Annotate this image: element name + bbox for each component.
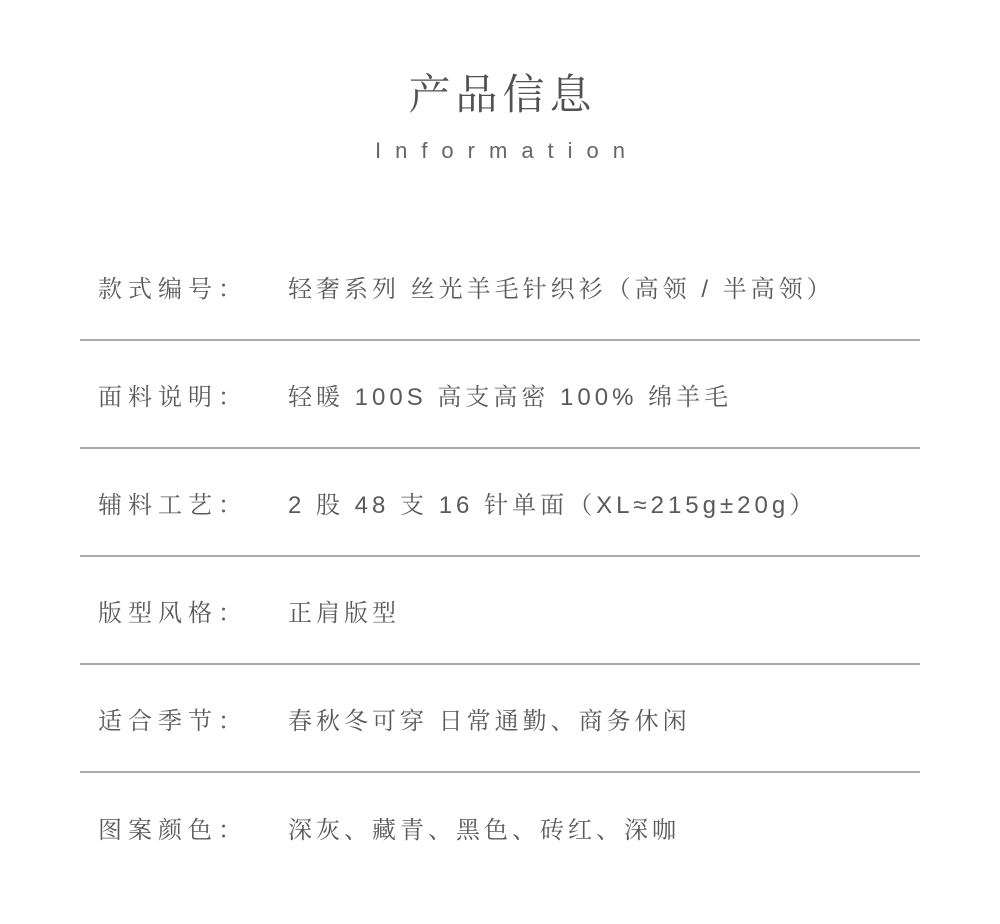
row-value: 2 股 48 支 16 针单面（XL≈215g±20g）: [288, 485, 817, 520]
row-label: 适合季节：: [98, 701, 288, 736]
info-table: 款式编号： 轻奢系列 丝光羊毛针织衫（高领 / 半高领） 面料说明： 轻暖 10…: [80, 233, 920, 881]
row-label: 版型风格：: [98, 593, 288, 628]
row-value: 春秋冬可穿 日常通勤、商务休闲: [288, 701, 691, 736]
info-row-colors: 图案颜色： 深灰、藏青、黑色、砖红、深咖: [80, 773, 920, 881]
row-label: 款式编号：: [98, 269, 288, 304]
row-value: 轻暖 100S 高支高密 100% 绵羊毛: [288, 377, 732, 412]
row-value: 深灰、藏青、黑色、砖红、深咖: [288, 810, 680, 845]
page-title: 产品信息: [0, 74, 1000, 116]
info-row-season: 适合季节： 春秋冬可穿 日常通勤、商务休闲: [80, 665, 920, 773]
info-row-craft: 辅料工艺： 2 股 48 支 16 针单面（XL≈215g±20g）: [80, 449, 920, 557]
info-row-fit: 版型风格： 正肩版型: [80, 557, 920, 665]
page-header: 产品信息 Information: [0, 0, 1000, 162]
row-label: 图案颜色：: [98, 810, 288, 845]
page-subtitle: Information: [0, 140, 1000, 162]
info-row-style-number: 款式编号： 轻奢系列 丝光羊毛针织衫（高领 / 半高领）: [80, 233, 920, 341]
product-info-page: 产品信息 Information 款式编号： 轻奢系列 丝光羊毛针织衫（高领 /…: [0, 0, 1000, 924]
info-row-fabric: 面料说明： 轻暖 100S 高支高密 100% 绵羊毛: [80, 341, 920, 449]
row-value: 轻奢系列 丝光羊毛针织衫（高领 / 半高领）: [288, 269, 835, 304]
row-label: 辅料工艺：: [98, 485, 288, 520]
row-label: 面料说明：: [98, 377, 288, 412]
row-value: 正肩版型: [288, 593, 400, 628]
